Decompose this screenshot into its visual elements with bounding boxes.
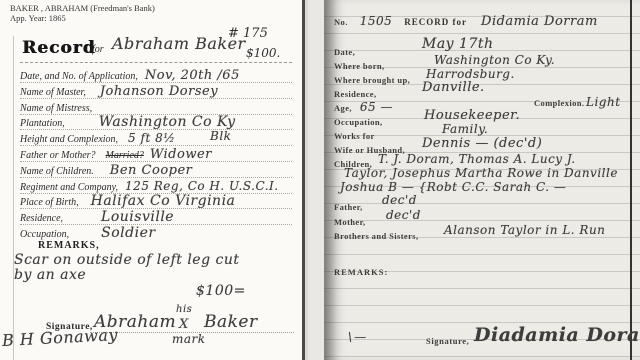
field-value: dec'd (386, 208, 421, 222)
right-record-page: No. 1505 RECORD for Didamia Dorram Date,… (324, 0, 640, 360)
signature-handwriting: Diadamia Doram (474, 324, 640, 346)
field-value: dec'd (382, 193, 417, 207)
field-value: Johanson Dorsey (100, 84, 218, 99)
signature-x-mark: X (179, 317, 189, 332)
field-label: Residence, (20, 213, 63, 224)
record-for-label: RECORD for (404, 17, 467, 27)
field-value: Housekeeper. (424, 108, 520, 123)
field-label: Father, (334, 202, 363, 212)
signature-mark-word: mark (172, 332, 206, 346)
record-for-label: for (92, 44, 104, 55)
field-row-plantation: Plantation, Washington Co Ky (20, 113, 292, 130)
field-value: Washington Co Ky (99, 114, 236, 130)
record-number-row: No. 1505 RECORD for Didamia Dorram (334, 12, 640, 27)
record-name-handwriting: Abraham Baker (112, 34, 246, 53)
remarks-line2: by an axe (14, 267, 86, 283)
remarks-flourish: $100= (196, 283, 246, 299)
record-amount-annotation: $100. (246, 46, 280, 60)
scan-app-year: App. Year: 1865 (10, 13, 155, 23)
field-label-struck: Married? (106, 150, 144, 161)
field-row-application: Date, and No. of Application, Nov, 20th … (20, 66, 292, 83)
field-value-complexion: Blk (210, 129, 231, 143)
scan-header: BAKER , ABRAHAM (Freedman's Bank) App. Y… (10, 3, 155, 23)
signature-his: his (176, 304, 192, 315)
field-label: Brothers and Sisters, (334, 231, 419, 241)
margin-rule (13, 36, 14, 360)
document-scan-view: BAKER , ABRAHAM (Freedman's Bank) App. Y… (0, 0, 640, 360)
remarks-label: REMARKS, (38, 240, 100, 251)
field-label: Father or Mother? (20, 150, 96, 161)
field-value: Soldier (101, 225, 155, 241)
field-label: Name of Children. (20, 166, 94, 177)
field-value: Alanson Taylor in L. Run (444, 223, 605, 237)
field-value: Widower (150, 147, 212, 162)
field-label: Plantation, (20, 118, 65, 129)
field-value: Harrodsburg. (426, 67, 515, 81)
field-row-children-cont2: Joshua B — {Robt C.C. Sarah C. — (334, 182, 640, 197)
field-value: Joshua B — {Robt C.C. Sarah C. — (340, 180, 566, 194)
remarks-line1: Scar on outside of left leg cut (14, 252, 240, 268)
field-value: Ben Cooper (110, 163, 193, 178)
field-label: Place of Birth, (20, 197, 79, 208)
field-value: T. J. Doram, Thomas A. Lucy J. (378, 152, 576, 166)
field-label: Occupation, (20, 229, 69, 240)
signature-label: Signature, (426, 336, 469, 346)
record-title: Record (22, 38, 95, 58)
field-value-complexion: Light (586, 95, 621, 109)
field-value: Danville. (422, 80, 485, 95)
remarks-label: REMARKS: (334, 267, 388, 277)
field-value: Washington Co Ky. (434, 53, 555, 67)
field-value: May 17th (422, 36, 494, 52)
scan-title: BAKER , ABRAHAM (Freedman's Bank) (10, 3, 155, 13)
field-label-complexion: Complexion. (534, 98, 584, 108)
field-value: Halifax Co Virginia (91, 193, 236, 209)
field-row-height-complexion: Height and Complexion, 5 ft 8½ Blk (20, 129, 292, 146)
field-row-birthplace: Place of Birth, Halifax Co Virginia (20, 192, 292, 209)
field-label: Height and Complexion, (20, 134, 118, 145)
field-value: Taylor, Josephus Martha Rowe in Danville (344, 166, 618, 180)
no-value: 1505 (360, 14, 393, 28)
signature-row: \ — Signature, Diadamia Doram (334, 330, 640, 345)
field-value: Family. (442, 122, 488, 136)
field-row-children: Name of Children. Ben Cooper (20, 161, 292, 178)
field-value: 5 ft 8½ (128, 131, 175, 145)
field-row-father-mother: Father or Mother? Married? Widower (20, 145, 292, 162)
page-gutter (308, 0, 324, 360)
stray-pen-mark: \ — (348, 330, 367, 344)
field-label: Name of Master, (20, 87, 86, 98)
field-value: Nov, 20th /65 (145, 68, 240, 83)
field-value: 125 Reg, Co H. U.S.C.I. (125, 179, 279, 193)
record-name-handwriting: Didamia Dorram (481, 14, 598, 29)
field-row-occupation: Occupation, Soldier (20, 224, 292, 240)
signature-last-name: Baker (204, 312, 258, 332)
field-row-residence: Residence, Louisville (20, 208, 292, 225)
field-row-brothers-sisters: Brothers and Sisters, Alanson Taylor in … (334, 226, 640, 241)
field-value: Louisville (101, 209, 174, 225)
record-number-annotation: # 175 (228, 26, 268, 41)
witness-signature: B H Gonaway (2, 325, 119, 350)
field-row-father: Father, dec'd (334, 197, 640, 212)
field-label: Date, and No. of Application, (20, 71, 138, 82)
remarks-row: REMARKS: (334, 262, 640, 277)
field-row-brought-up: Where brought up, Harrodsburg. (334, 70, 640, 85)
field-row-master: Name of Master, Johanson Dorsey (20, 82, 292, 99)
left-record-page: BAKER , ABRAHAM (Freedman's Bank) App. Y… (0, 0, 305, 360)
no-label: No. (334, 17, 348, 27)
field-value: Dennis — (dec'd) (422, 136, 542, 151)
